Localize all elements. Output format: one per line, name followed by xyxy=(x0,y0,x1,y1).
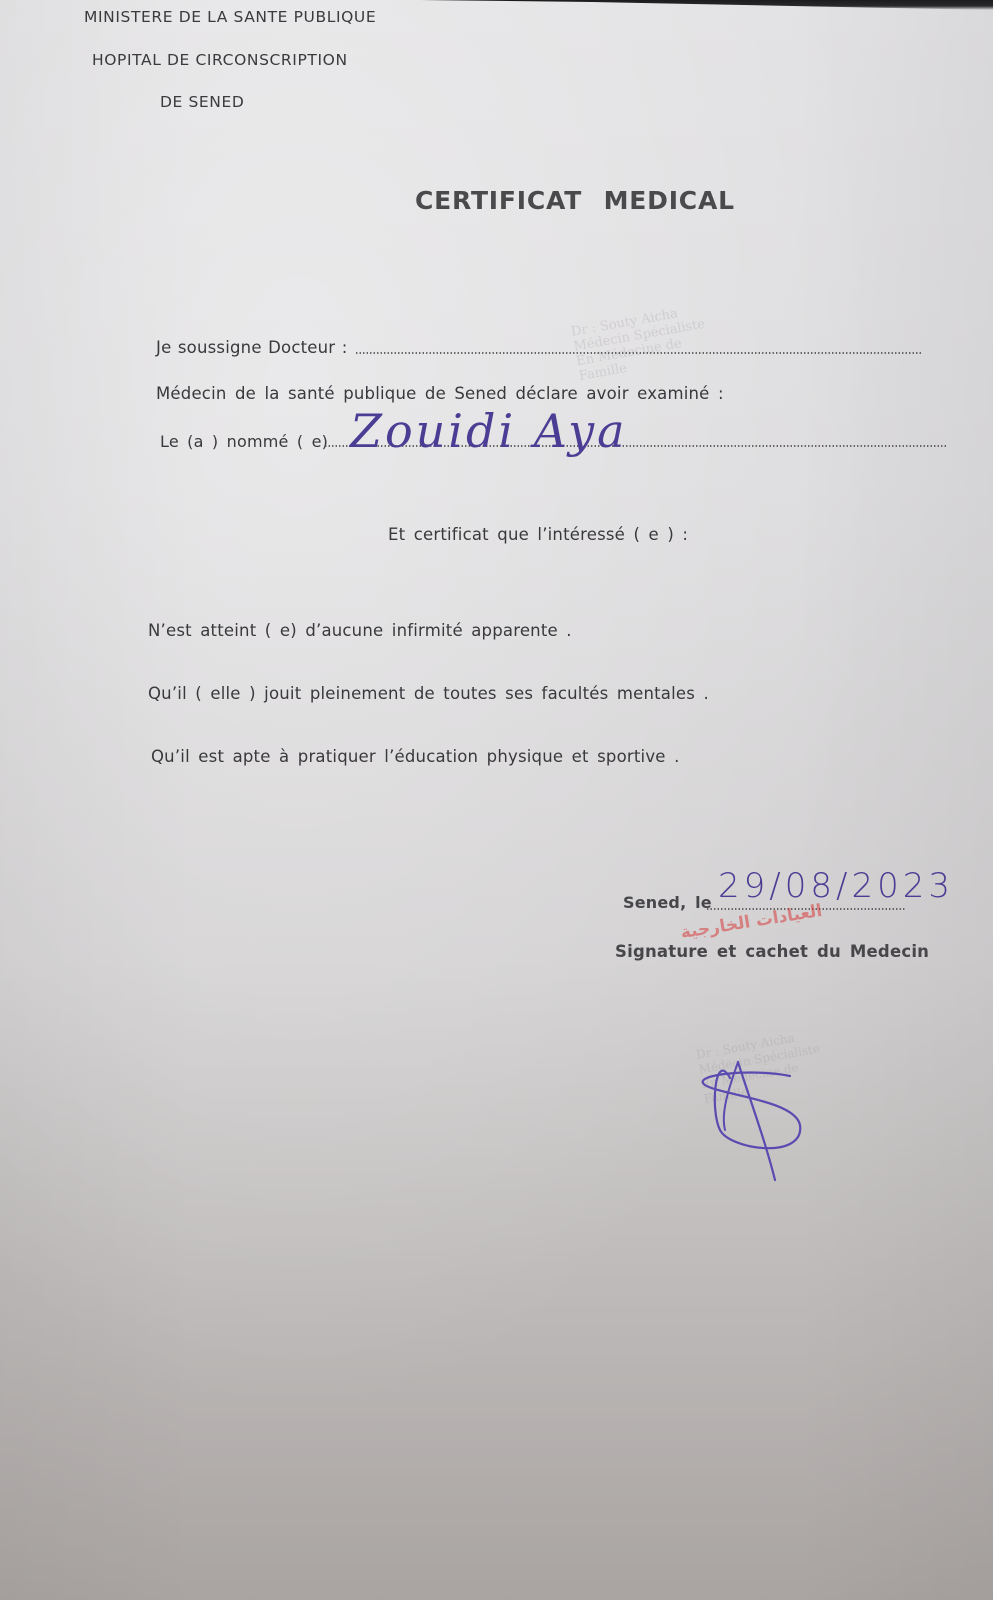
declaration-text: Médecin de la santé publique de Sened dé… xyxy=(156,384,724,403)
certifies-intro: Et certificat que l’intéressé ( e ) : xyxy=(388,525,688,544)
statement-fit-for-sport: Qu’il est apte à pratiquer l’éducation p… xyxy=(151,747,680,766)
patient-label: Le (a ) nommé ( e) xyxy=(160,432,328,451)
document-title: CERTIFICAT MEDICAL xyxy=(415,186,735,215)
faded-doctor-stamp: Dr : Souty Aicha Médecin Spécialiste En … xyxy=(570,302,711,384)
patient-name-handwritten: Zouidi Aya xyxy=(350,404,628,458)
date-handwritten: 29/08/2023 xyxy=(718,866,954,906)
statement-mental-faculties: Qu’il ( elle ) jouit pleinement de toute… xyxy=(148,684,709,703)
signature-label: Signature et cachet du Medecin xyxy=(615,942,929,961)
doctor-fill-line[interactable] xyxy=(355,352,923,354)
hospital-header: HOPITAL DE CIRCONSCRIPTION xyxy=(92,51,348,69)
place-label: Sened, le xyxy=(623,893,712,912)
doctor-signature xyxy=(690,1050,830,1190)
statement-no-infirmity: N’est atteint ( e) d’aucune infirmité ap… xyxy=(148,621,572,640)
ministry-header: MINISTERE DE LA SANTE PUBLIQUE xyxy=(84,8,376,26)
location-header: DE SENED xyxy=(160,93,244,111)
doctor-label: Je soussigne Docteur : xyxy=(156,338,347,357)
scan-edge-shadow xyxy=(420,0,993,10)
paper-background xyxy=(0,0,993,1600)
